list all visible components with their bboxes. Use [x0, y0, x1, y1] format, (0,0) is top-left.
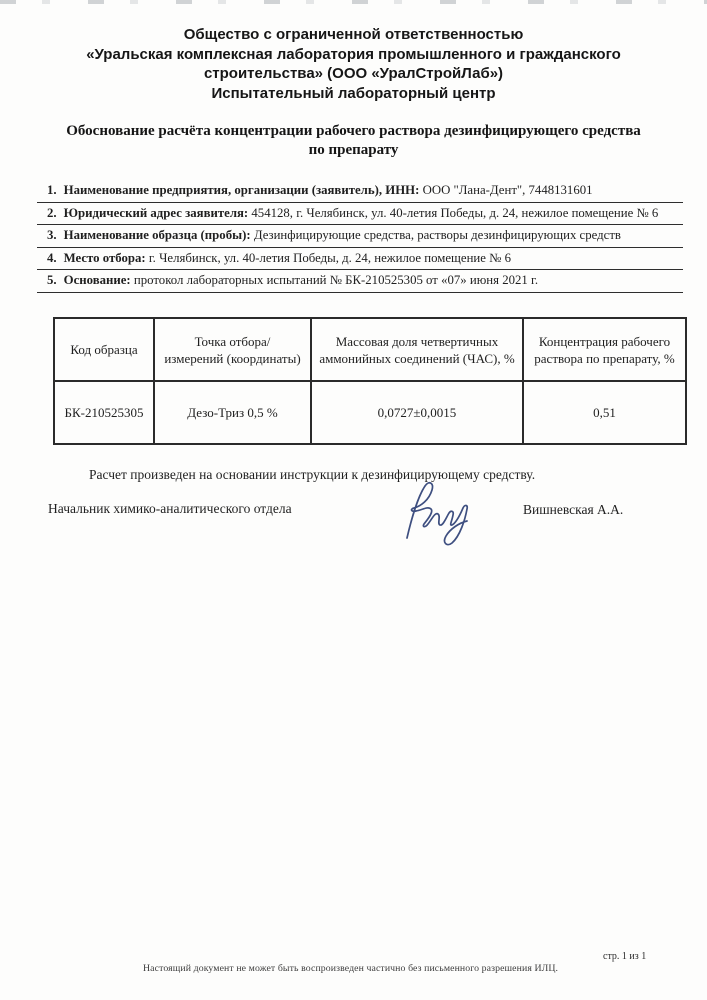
list-item-value: 454128, г. Челябинск, ул. 40-летия Побед… — [251, 206, 658, 220]
calculation-note: Расчет произведен на основании инструкци… — [37, 466, 657, 483]
list-item-value: г. Челябинск, ул. 40-летия Победы, д. 24… — [149, 251, 511, 265]
cell-sampling-point: Дезо-Триз 0,5 % — [154, 381, 311, 444]
list-item: 3.Наименование образца (пробы): Дезинфиц… — [37, 225, 683, 248]
org-header-line: Общество с ограниченной ответственностью — [0, 25, 707, 45]
column-header-mass-fraction: Массовая доля четвертичных аммонийных со… — [311, 318, 523, 381]
org-header-line: «Уральская комплексная лаборатория промы… — [0, 45, 707, 65]
org-header-line: Испытательный лабораторный центр — [0, 84, 707, 104]
column-header-line: раствора по препарату, % — [528, 350, 681, 367]
list-item: 5.Основание: протокол лабораторных испыт… — [37, 270, 683, 293]
scanned-document-page: Общество с ограниченной ответственностью… — [0, 0, 707, 1000]
list-item: 2.Юридический адрес заявителя: 454128, г… — [37, 203, 683, 226]
list-item-label: Наименование предприятия, организации (з… — [64, 183, 420, 197]
page-indicator: стр. 1 из 1 — [603, 951, 646, 962]
list-item-number: 5. — [47, 273, 57, 287]
document-title-line: Обоснование расчёта концентрации рабочег… — [0, 122, 707, 141]
signer-name: Вишневская А.А. — [523, 502, 623, 518]
list-item-label: Место отбора: — [64, 251, 146, 265]
column-header-line: Код образца — [59, 341, 149, 358]
column-header-sampling-point: Точка отбора/ измерений (координаты) — [154, 318, 311, 381]
list-item-label: Наименование образца (пробы): — [64, 228, 251, 242]
scan-artifact-top — [0, 0, 707, 4]
list-item-value: протокол лабораторных испытаний № БК-210… — [134, 273, 538, 287]
cell-concentration: 0,51 — [523, 381, 686, 444]
list-item-value: ООО "Лана-Дент", 7448131601 — [423, 183, 593, 197]
organization-header: Общество с ограниченной ответственностью… — [0, 25, 707, 103]
column-header-concentration: Концентрация рабочего раствора по препар… — [523, 318, 686, 381]
signer-job-title: Начальник химико-аналитического отдела — [48, 501, 292, 517]
column-header-line: Концентрация рабочего — [528, 333, 681, 350]
list-item-label: Юридический адрес заявителя: — [64, 206, 249, 220]
handwritten-signature — [394, 478, 494, 548]
list-item: 1.Наименование предприятия, организации … — [37, 180, 683, 203]
table-header-row: Код образца Точка отбора/ измерений (коо… — [54, 318, 686, 381]
list-item-number: 4. — [47, 251, 57, 265]
list-item-number: 1. — [47, 183, 57, 197]
column-header-sample-code: Код образца — [54, 318, 154, 381]
column-header-line: Массовая доля четвертичных — [316, 333, 518, 350]
cell-sample-code: БК-210525305 — [54, 381, 154, 444]
document-title: Обоснование расчёта концентрации рабочег… — [0, 122, 707, 160]
list-item: 4.Место отбора: г. Челябинск, ул. 40-лет… — [37, 248, 683, 271]
column-header-line: аммонийных соединений (ЧАС), % — [316, 350, 518, 367]
column-header-line: измерений (координаты) — [159, 350, 306, 367]
column-header-line: Точка отбора/ — [159, 333, 306, 350]
list-item-number: 3. — [47, 228, 57, 242]
results-table: Код образца Точка отбора/ измерений (коо… — [53, 317, 687, 445]
list-item-label: Основание: — [64, 273, 131, 287]
requisites-list: 1.Наименование предприятия, организации … — [37, 180, 683, 293]
footer-disclaimer: Настоящий документ не может быть воспрои… — [143, 963, 558, 974]
document-title-line: по препарату — [0, 141, 707, 160]
cell-mass-fraction: 0,0727±0,0015 — [311, 381, 523, 444]
list-item-number: 2. — [47, 206, 57, 220]
list-item-value: Дезинфицирующие средства, растворы дезин… — [254, 228, 621, 242]
org-header-line: строительства» (ООО «УралСтройЛаб») — [0, 64, 707, 84]
table-row: БК-210525305 Дезо-Триз 0,5 % 0,0727±0,00… — [54, 381, 686, 444]
